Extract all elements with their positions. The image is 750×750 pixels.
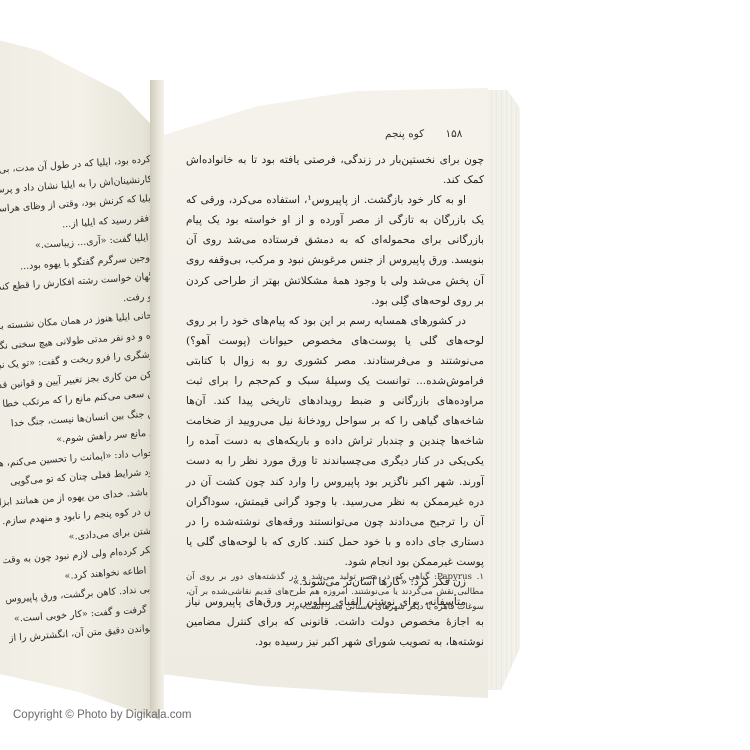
left-page-text: کرده بود، ایلیا که در طول آن مدت، بی‌هی … bbox=[0, 150, 160, 649]
book-gutter bbox=[150, 80, 164, 710]
left-page-header: پائ bbox=[134, 70, 148, 81]
paragraph: چون برای نخستین‌بار در زندگی، فرصتی یافت… bbox=[186, 150, 484, 190]
paragraph: در کشورهای همسایه رسم بر این بود که پیام… bbox=[186, 311, 484, 572]
copyright-watermark: Copyright © Photo by Digikala.com bbox=[13, 709, 192, 721]
right-page-header: ۱۵۸ کوه پنجم bbox=[385, 128, 462, 140]
running-title: کوه پنجم bbox=[385, 128, 424, 140]
footnote: ۱. Papyrus: گیاهی که در مصر تولید می‌شد … bbox=[186, 570, 484, 615]
left-page: پائ کرده بود، ایلیا که در طول آن مدت، بی… bbox=[0, 30, 160, 720]
paragraph: او به کار خود بازگشت. از پاپیروس¹، استفا… bbox=[186, 190, 484, 311]
page-number: ۱۵۸ bbox=[445, 128, 462, 140]
